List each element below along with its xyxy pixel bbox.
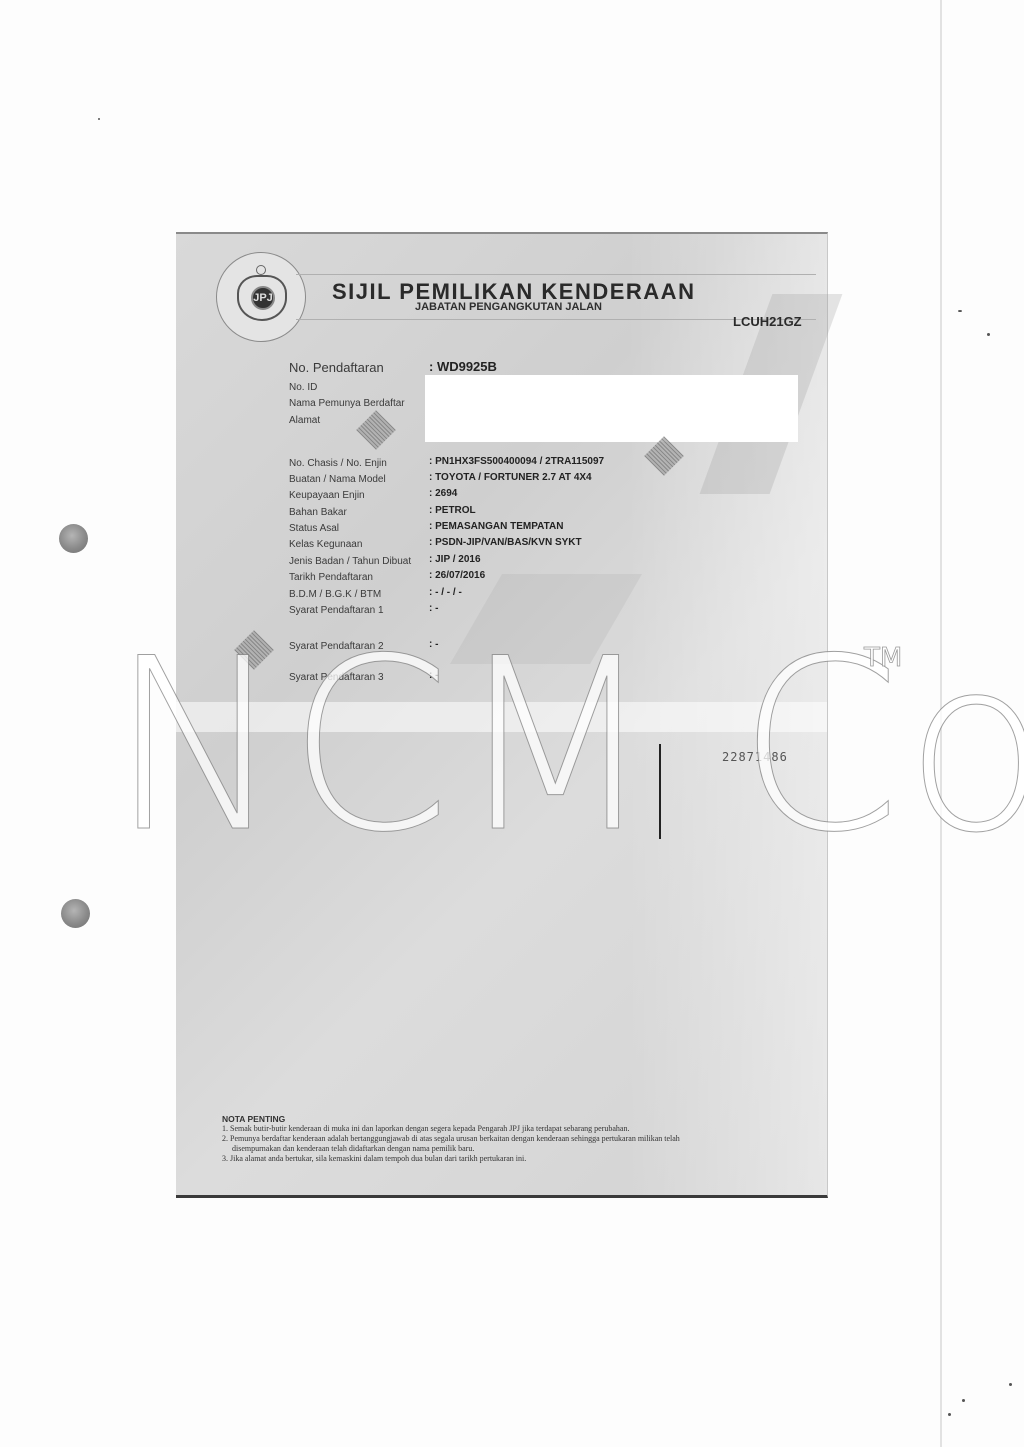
field-value-engine-capacity: : 2694 bbox=[429, 488, 457, 499]
scan-speck bbox=[98, 118, 100, 120]
owner-name-label: Nama Pemunya Berdaftar bbox=[289, 398, 405, 409]
field-value-usage-class: : PSDN-JIP/VAN/BAS/KVN SYKT bbox=[429, 537, 582, 548]
note-item-continued: disempurnakan dan kenderaan telah didaft… bbox=[222, 1144, 792, 1154]
crest-center: JPJ bbox=[251, 286, 275, 310]
certificate-code: LCUH21GZ bbox=[733, 314, 802, 329]
registration-value: : WD9925B bbox=[429, 359, 497, 374]
field-label-body-year: Jenis Badan / Tahun Dibuat bbox=[289, 556, 411, 567]
jpj-crest-logo: JPJ bbox=[216, 252, 306, 342]
scan-speck bbox=[962, 1399, 965, 1402]
field-value-fuel: : PETROL bbox=[429, 505, 476, 516]
note-item: 2. Pemunya berdaftar kenderaan adalah be… bbox=[222, 1134, 792, 1144]
field-label-registration-date: Tarikh Pendaftaran bbox=[289, 572, 373, 583]
field-value-make-model: : TOYOTA / FORTUNER 2.7 AT 4X4 bbox=[429, 472, 592, 483]
field-label-weights: B.D.M / B.G.K / BTM bbox=[289, 589, 381, 600]
important-notes: NOTA PENTING 1. Semak butir-butir kender… bbox=[222, 1114, 792, 1164]
security-diamond-icon bbox=[356, 410, 396, 450]
watermark-trademark: TM bbox=[864, 643, 902, 673]
field-value-origin-status: : PEMASANGAN TEMPATAN bbox=[429, 521, 563, 532]
punch-hole-top bbox=[59, 524, 88, 553]
owner-id-label: No. ID bbox=[289, 382, 317, 393]
field-label-make-model: Buatan / Nama Model bbox=[289, 474, 386, 485]
field-value-registration-date: : 26/07/2016 bbox=[429, 570, 485, 581]
field-value-body-year: : JIP / 2016 bbox=[429, 554, 481, 565]
crest-crown-icon bbox=[256, 265, 266, 275]
field-label-usage-class: Kelas Kegunaan bbox=[289, 539, 362, 550]
owner-address-label: Alamat bbox=[289, 415, 320, 426]
crest-emblem-icon: JPJ bbox=[237, 275, 287, 321]
note-item: 3. Jika alamat anda bertukar, sila kemas… bbox=[222, 1154, 792, 1164]
owner-details-redaction bbox=[425, 375, 798, 442]
field-label-fuel: Bahan Bakar bbox=[289, 507, 347, 518]
note-item: 1. Semak butir-butir kenderaan di muka i… bbox=[222, 1124, 792, 1134]
scan-speck bbox=[987, 333, 990, 336]
field-value-chassis-engine: : PN1HX3FS500400094 / 2TRA115097 bbox=[429, 456, 604, 467]
punch-hole-bottom bbox=[61, 899, 90, 928]
registration-label: No. Pendaftaran bbox=[289, 360, 384, 375]
field-label-engine-capacity: Keupayaan Enjin bbox=[289, 490, 365, 501]
field-label-chassis-engine: No. Chasis / No. Enjin bbox=[289, 458, 387, 469]
field-label-origin-status: Status Asal bbox=[289, 523, 339, 534]
field-value-weights: : - / - / - bbox=[429, 587, 462, 598]
scan-speck bbox=[948, 1413, 951, 1416]
notes-title: NOTA PENTING bbox=[222, 1114, 792, 1124]
certificate-subtitle: JABATAN PENGANGKUTAN JALAN bbox=[415, 301, 602, 313]
scan-speck bbox=[958, 310, 962, 312]
scan-speck bbox=[1009, 1383, 1012, 1386]
